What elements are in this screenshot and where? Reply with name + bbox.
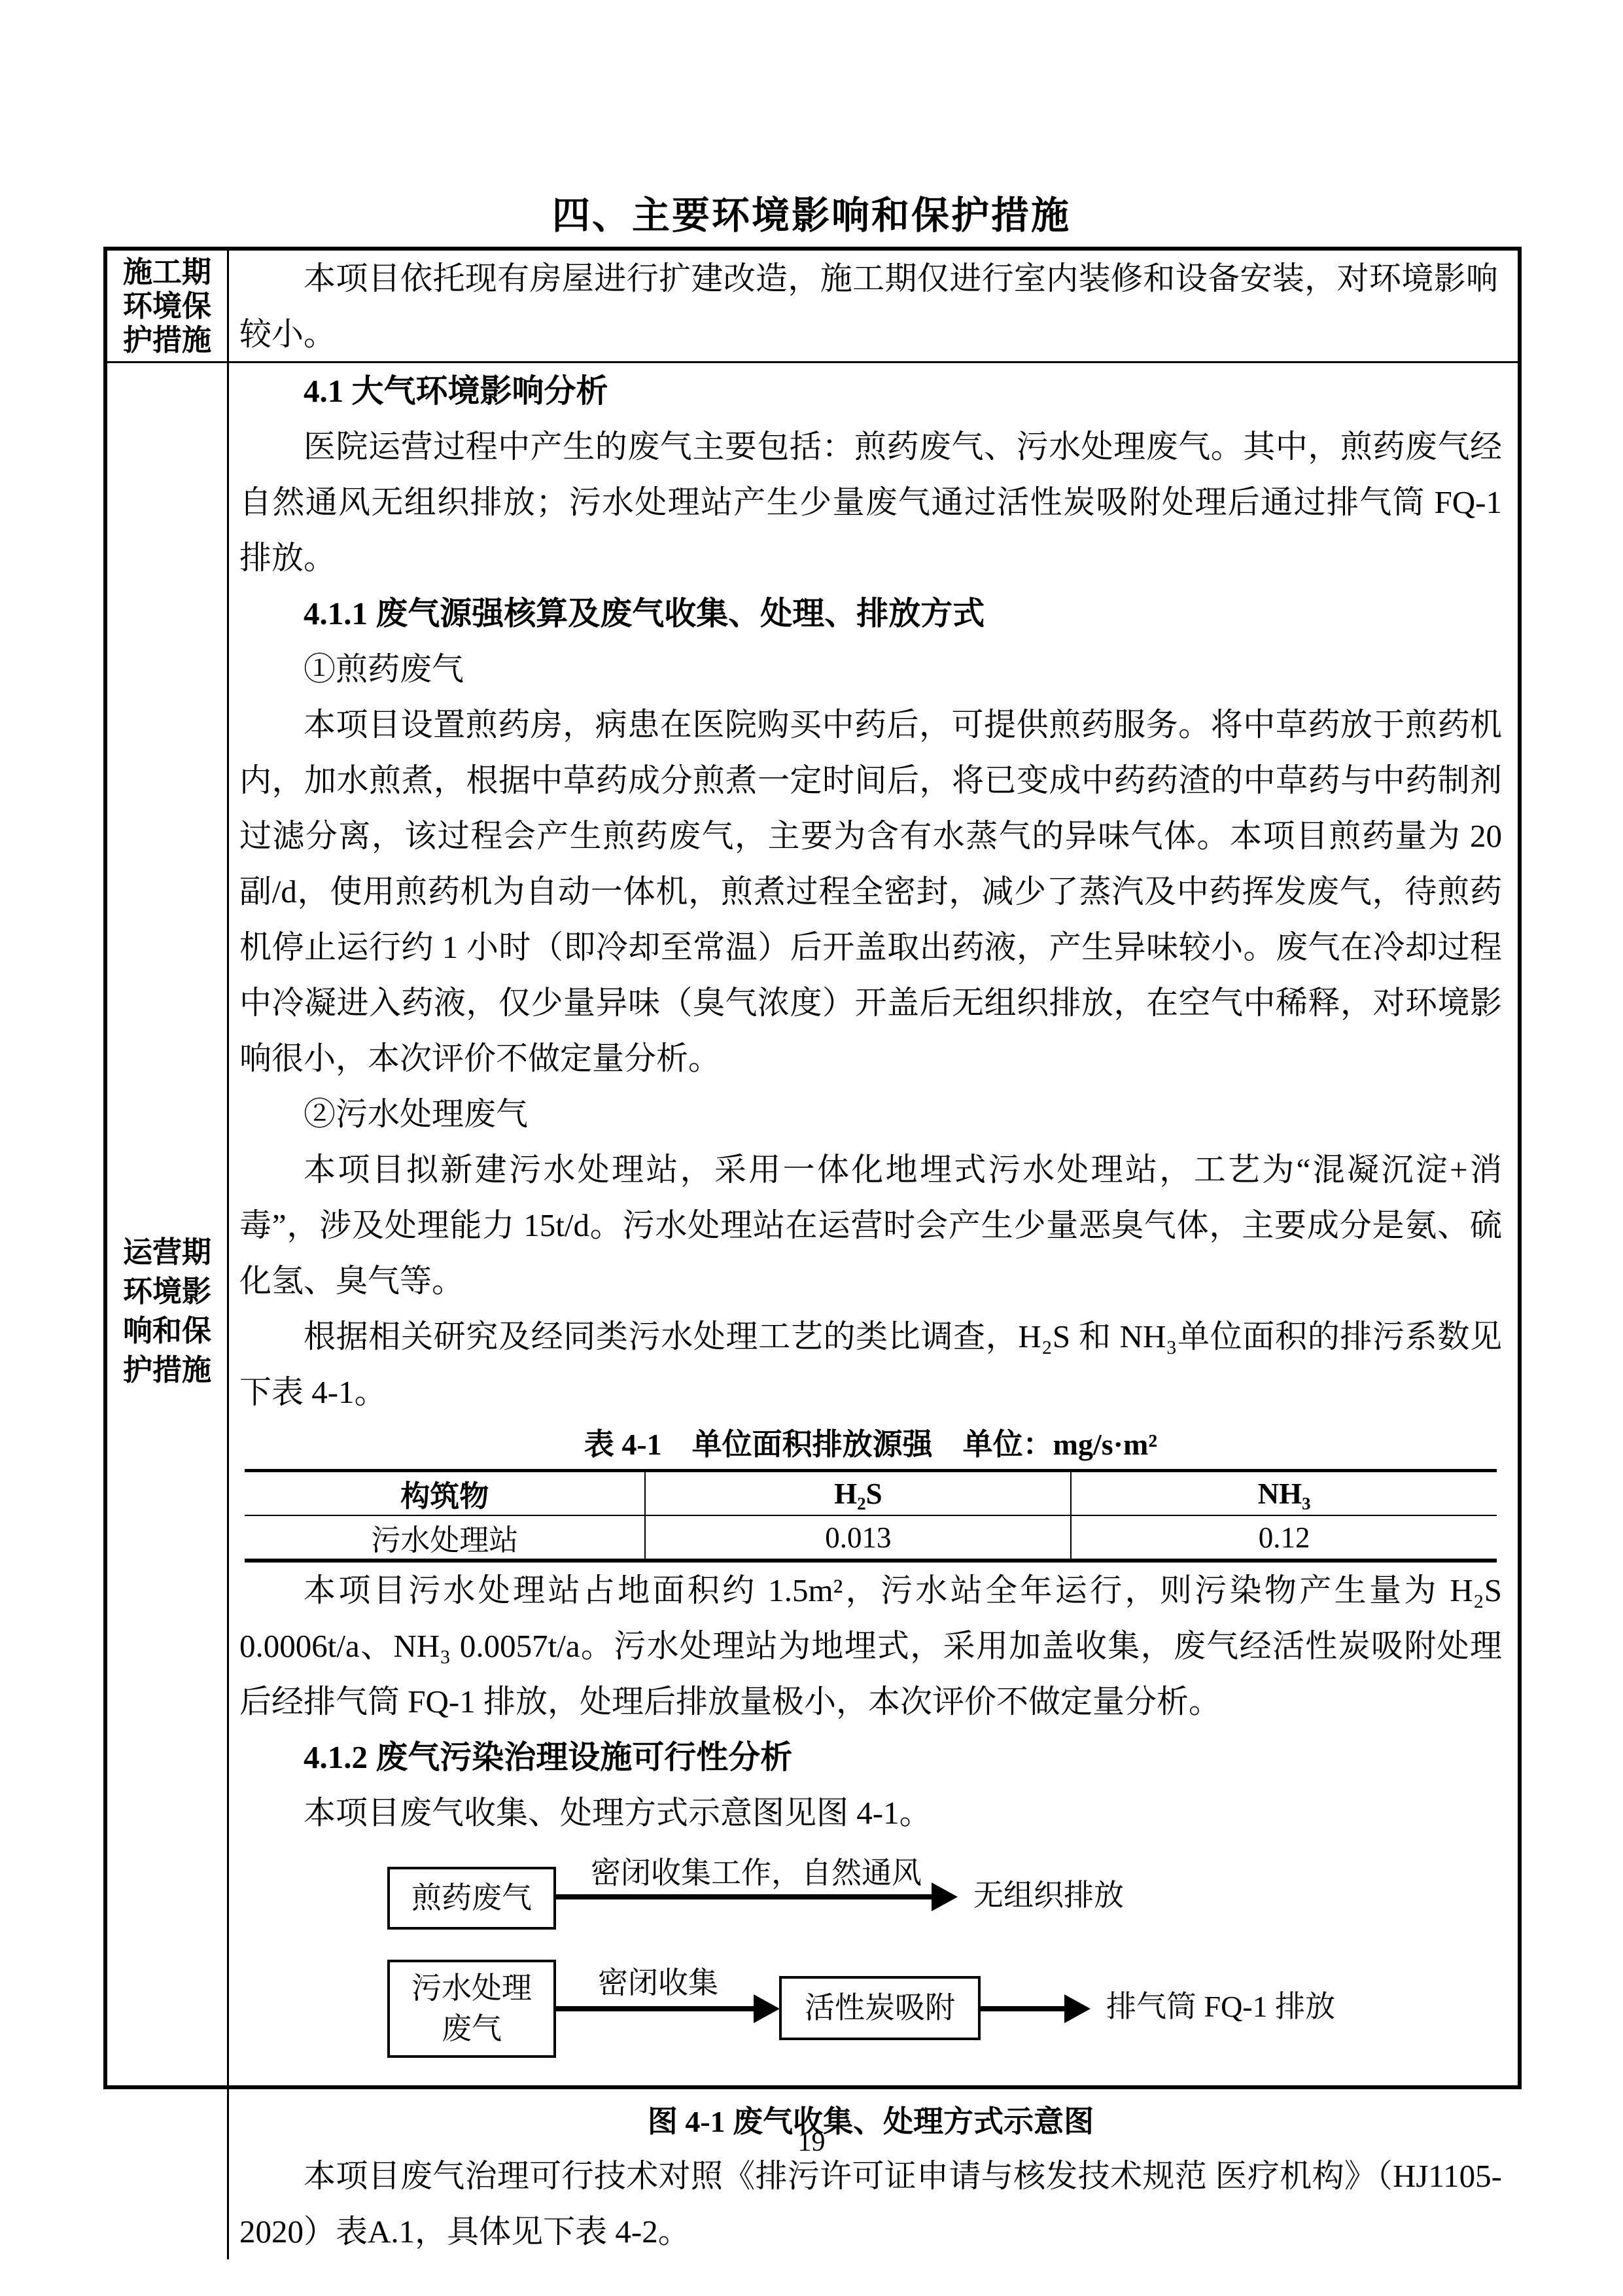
box-label: 污水处理废气 — [406, 1968, 538, 2049]
heading-4-1-2: 4.1.2 废气污染治理设施可行性分析 — [239, 1729, 1502, 1785]
construction-period-label-cell: 施工期 环境保 护措施 — [107, 251, 229, 363]
column-header-nh3: NH₃ — [1071, 1471, 1497, 1516]
label-line: 响和保 — [123, 1311, 211, 1351]
table-4-1: 构筑物 H₂S NH₃ 污水处理站 0.013 0.12 — [245, 1469, 1497, 1563]
paragraph-4-1: 医院运营过程中产生的废气主要包括：煎药废气、污水处理废气。其中，煎药废气经自然通… — [239, 419, 1502, 586]
construction-paragraph: 本项目依托现有房屋进行扩建改造，施工期仅进行室内装修和设备安装，对环境影响较小。 — [239, 251, 1498, 362]
operation-period-content-cell: 4.1 大气环境影响分析 医院运营过程中产生的废气主要包括：煎药废气、污水处理废… — [229, 363, 1518, 2259]
main-table: 施工期 环境保 护措施 本项目依托现有房屋进行扩建改造，施工期仅进行室内装修和设… — [103, 247, 1522, 2089]
page-title: 四、主要环境影响和保护措施 — [0, 185, 1623, 239]
arrow-right-icon — [754, 1994, 780, 2023]
arrow-shaft — [555, 1894, 934, 1899]
heading-4-1: 4.1 大气环境影响分析 — [239, 363, 1502, 419]
table-row: 污水处理站 0.013 0.12 — [245, 1515, 1497, 1561]
final-paragraph: 本项目废气治理可行技术对照《排污许可证申请与核发技术规范 医疗机构》（HJ110… — [239, 2148, 1502, 2259]
arrow1-label: 密闭收集工作，自然通风 — [547, 1856, 966, 1890]
page-number: 19 — [0, 2127, 1623, 2158]
label-line: 护措施 — [123, 323, 211, 357]
table-header-row: 构筑物 H₂S NH₃ — [245, 1471, 1497, 1516]
arrow-right-icon — [932, 1882, 958, 1911]
stack-emission-text: 排气筒 FQ-1 排放 — [1106, 1990, 1335, 2024]
activated-carbon-adsorption-box: 活性炭吸附 — [779, 1976, 981, 2040]
column-header-h2s: H₂S — [645, 1471, 1071, 1516]
box-label: 煎药废气 — [411, 1878, 532, 1918]
cell-nh3-value: 0.12 — [1071, 1515, 1497, 1561]
unorganized-emission-text: 无组织排放 — [973, 1879, 1124, 1913]
label-line: 护措施 — [123, 1351, 211, 1390]
operation-period-label-cell: 运营期 环境影 响和保 护措施 — [107, 363, 229, 2259]
figure-4-1-diagram: 煎药废气 密闭收集工作，自然通风 无组织排放 污水处理废气 密闭收集 活性炭吸附… — [239, 1855, 1502, 2091]
label-line: 环境影 — [123, 1272, 211, 1311]
label-line: 施工期 — [123, 255, 211, 289]
column-header-structure: 构筑物 — [245, 1471, 645, 1516]
arrow-right-icon — [1064, 1994, 1091, 2023]
heading-4-1-1: 4.1.1 废气源强核算及废气收集、处理、排放方式 — [239, 586, 1502, 641]
table-4-1-title: 表 4-1 单位面积排放源强 单位：mg/s·m² — [239, 1420, 1502, 1469]
after-table-paragraph: 本项目污水处理站占地面积约 1.5m²，污水站全年运行，则污染物产生量为 H₂S… — [239, 1563, 1502, 1729]
label-line: 环境保 — [123, 289, 211, 323]
sewage-treatment-waste-gas-box: 污水处理废气 — [387, 1960, 556, 2058]
item2-title: ②污水处理废气 — [239, 1086, 1502, 1142]
item1-title: ①煎药废气 — [239, 641, 1502, 697]
decoction-waste-gas-box: 煎药废气 — [387, 1867, 556, 1930]
cell-structure: 污水处理站 — [245, 1515, 645, 1561]
item1-paragraph: 本项目设置煎药房，病患在医院购买中药后，可提供煎药服务。将中草药放于煎药机内，加… — [239, 697, 1502, 1086]
arrow-shaft — [981, 2006, 1068, 2011]
coefficient-paragraph: 根据相关研究及经同类污水处理工艺的类比调查，H₂S 和 NH₃单位面积的排污系数… — [239, 1309, 1502, 1420]
label-line: 运营期 — [123, 1233, 211, 1272]
construction-period-content-cell: 本项目依托现有房屋进行扩建改造，施工期仅进行室内装修和设备安装，对环境影响较小。 — [229, 251, 1518, 363]
document-page: 四、主要环境影响和保护措施 施工期 环境保 护措施 本项目依托现有房屋进行扩建改… — [0, 0, 1623, 2296]
cell-h2s-value: 0.013 — [645, 1515, 1071, 1561]
arrow2-label: 密闭收集 — [567, 1966, 750, 2000]
box-label: 活性炭吸附 — [805, 1988, 955, 2028]
arrow-shaft — [555, 2006, 758, 2011]
figure-intro-paragraph: 本项目废气收集、处理方式示意图见图 4-1。 — [239, 1785, 1502, 1841]
item2-paragraph: 本项目拟新建污水处理站，采用一体化地埋式污水处理站，工艺为“混凝沉淀+消毒”，涉… — [239, 1142, 1502, 1309]
